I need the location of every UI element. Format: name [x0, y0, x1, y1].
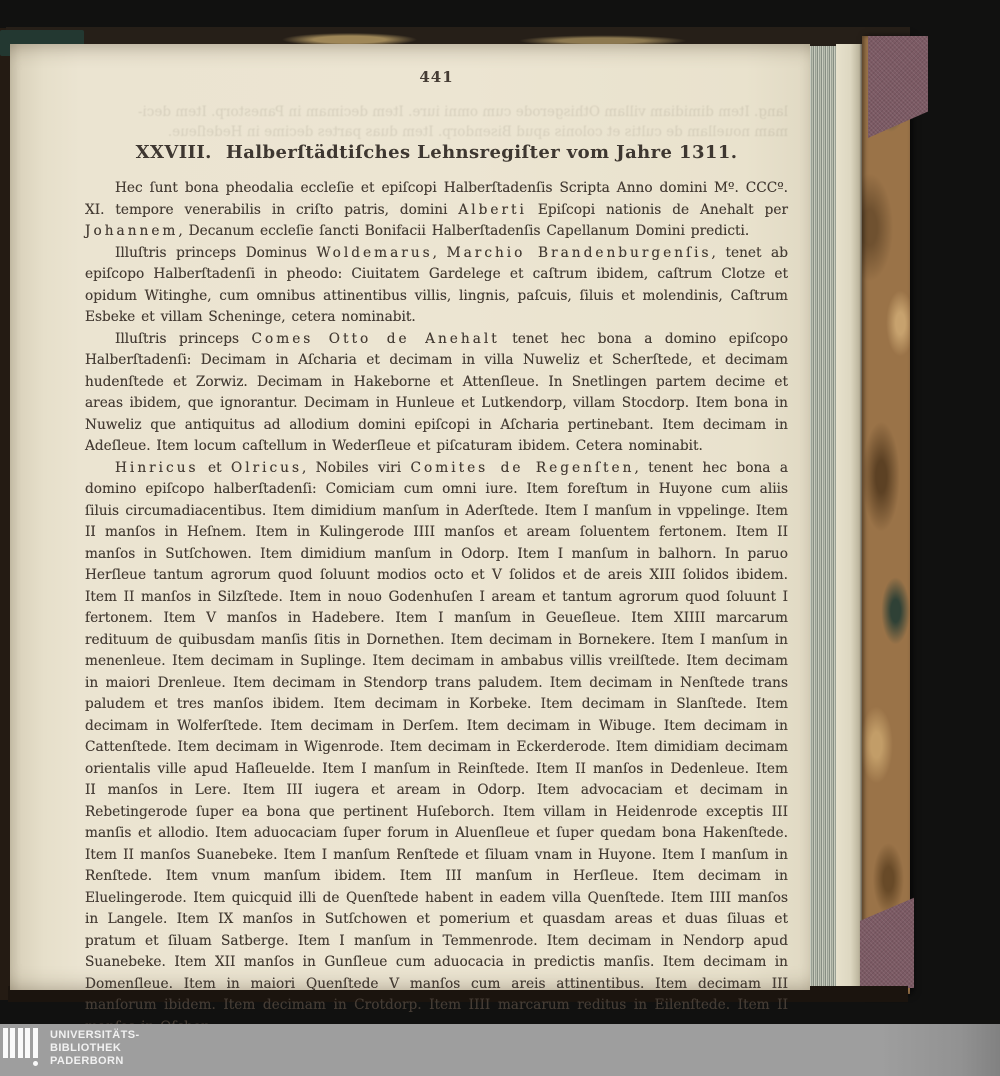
scan-background: 441 lang. Item dimidiam villam Othisgero… [0, 0, 1000, 1076]
text-run: , Decanum eccleſie ſancti Bonifacii Halb… [178, 223, 749, 239]
logo-bar [3, 1028, 8, 1058]
library-watermark-bar: UNIVERSITÄTS- BIBLIOTHEK PADERBORN [0, 1024, 1000, 1076]
paragraph: Illuſtris princeps Comes Otto de Anehalt… [85, 329, 788, 458]
logo-bar [18, 1028, 23, 1058]
body-text: Hec ſunt bona pheodalia eccleſie et epiſ… [85, 178, 788, 1038]
spaced-name: Marchio Brandenburgenſis [447, 245, 712, 261]
bleedthrough-line: mam nouellam de cultis et colonis apud B… [85, 122, 788, 142]
cloth-corner-bottom [860, 892, 914, 988]
section-number: XXVIII. [136, 142, 212, 163]
section-heading: XXVIII.Halberſtädtiſches Lehnsregiſter v… [85, 142, 788, 163]
watermark-line: PADERBORN [50, 1055, 140, 1068]
watermark-line: UNIVERSITÄTS- [50, 1029, 140, 1042]
page-number: 441 [85, 68, 788, 88]
paragraph: Hec ſunt bona pheodalia eccleſie et epiſ… [85, 178, 788, 243]
scanned-page: 441 lang. Item dimidiam villam Othisgero… [10, 44, 810, 990]
text-run: Epiſcopi nationis de Anehalt per [527, 202, 788, 218]
watermark-text: UNIVERSITÄTS- BIBLIOTHEK PADERBORN [50, 1029, 140, 1068]
spaced-name: Alberti [458, 202, 527, 218]
watermark-line: BIBLIOTHEK [50, 1042, 140, 1055]
spaced-name: Comites de Regenſten [411, 460, 635, 476]
marbled-board [862, 36, 910, 994]
spaced-name: Woldemarus [317, 245, 433, 261]
spaced-name: Hinricus [115, 460, 199, 476]
text-run: Illuſtris princeps [115, 331, 252, 347]
logo-bar [33, 1028, 38, 1058]
ub-paderborn-logo barcode-exclamation-icon [3, 1028, 43, 1072]
spaced-name: Comes Otto de Anehalt [252, 331, 500, 347]
logo-dot [33, 1061, 38, 1066]
printed-content: 441 lang. Item dimidiam villam Othisgero… [85, 68, 788, 1061]
text-run: et [199, 460, 231, 476]
text-run: Illuſtris princeps Dominus [115, 245, 317, 261]
cloth-corner-top [868, 36, 928, 138]
spaced-name: Olricus [231, 460, 302, 476]
logo-bar [25, 1028, 30, 1058]
logo-bar [10, 1028, 15, 1058]
section-title: Halberſtädtiſches Lehnsregiſter vom Jahr… [226, 142, 738, 163]
text-run: , Nobiles viri [302, 460, 410, 476]
paragraph: Hinricus et Olricus, Nobiles viri Comite… [85, 458, 788, 1039]
text-run: tenet hec bona a domino epiſcopo Halberſ… [85, 331, 788, 455]
paragraph: Illuſtris princeps Dominus Woldemarus, M… [85, 243, 788, 329]
spaced-name: Johannem [85, 223, 178, 239]
text-run: , [433, 245, 447, 261]
flyleaf-edge [836, 44, 862, 990]
bleedthrough-line: lang. Item dimidiam villam Othisgerode c… [85, 102, 788, 122]
text-run: , tenent hec bona a domino epiſcopo halb… [85, 460, 788, 1035]
fore-edge-page-stack [810, 46, 836, 988]
bleedthrough-text: lang. Item dimidiam villam Othisgerode c… [85, 102, 788, 142]
